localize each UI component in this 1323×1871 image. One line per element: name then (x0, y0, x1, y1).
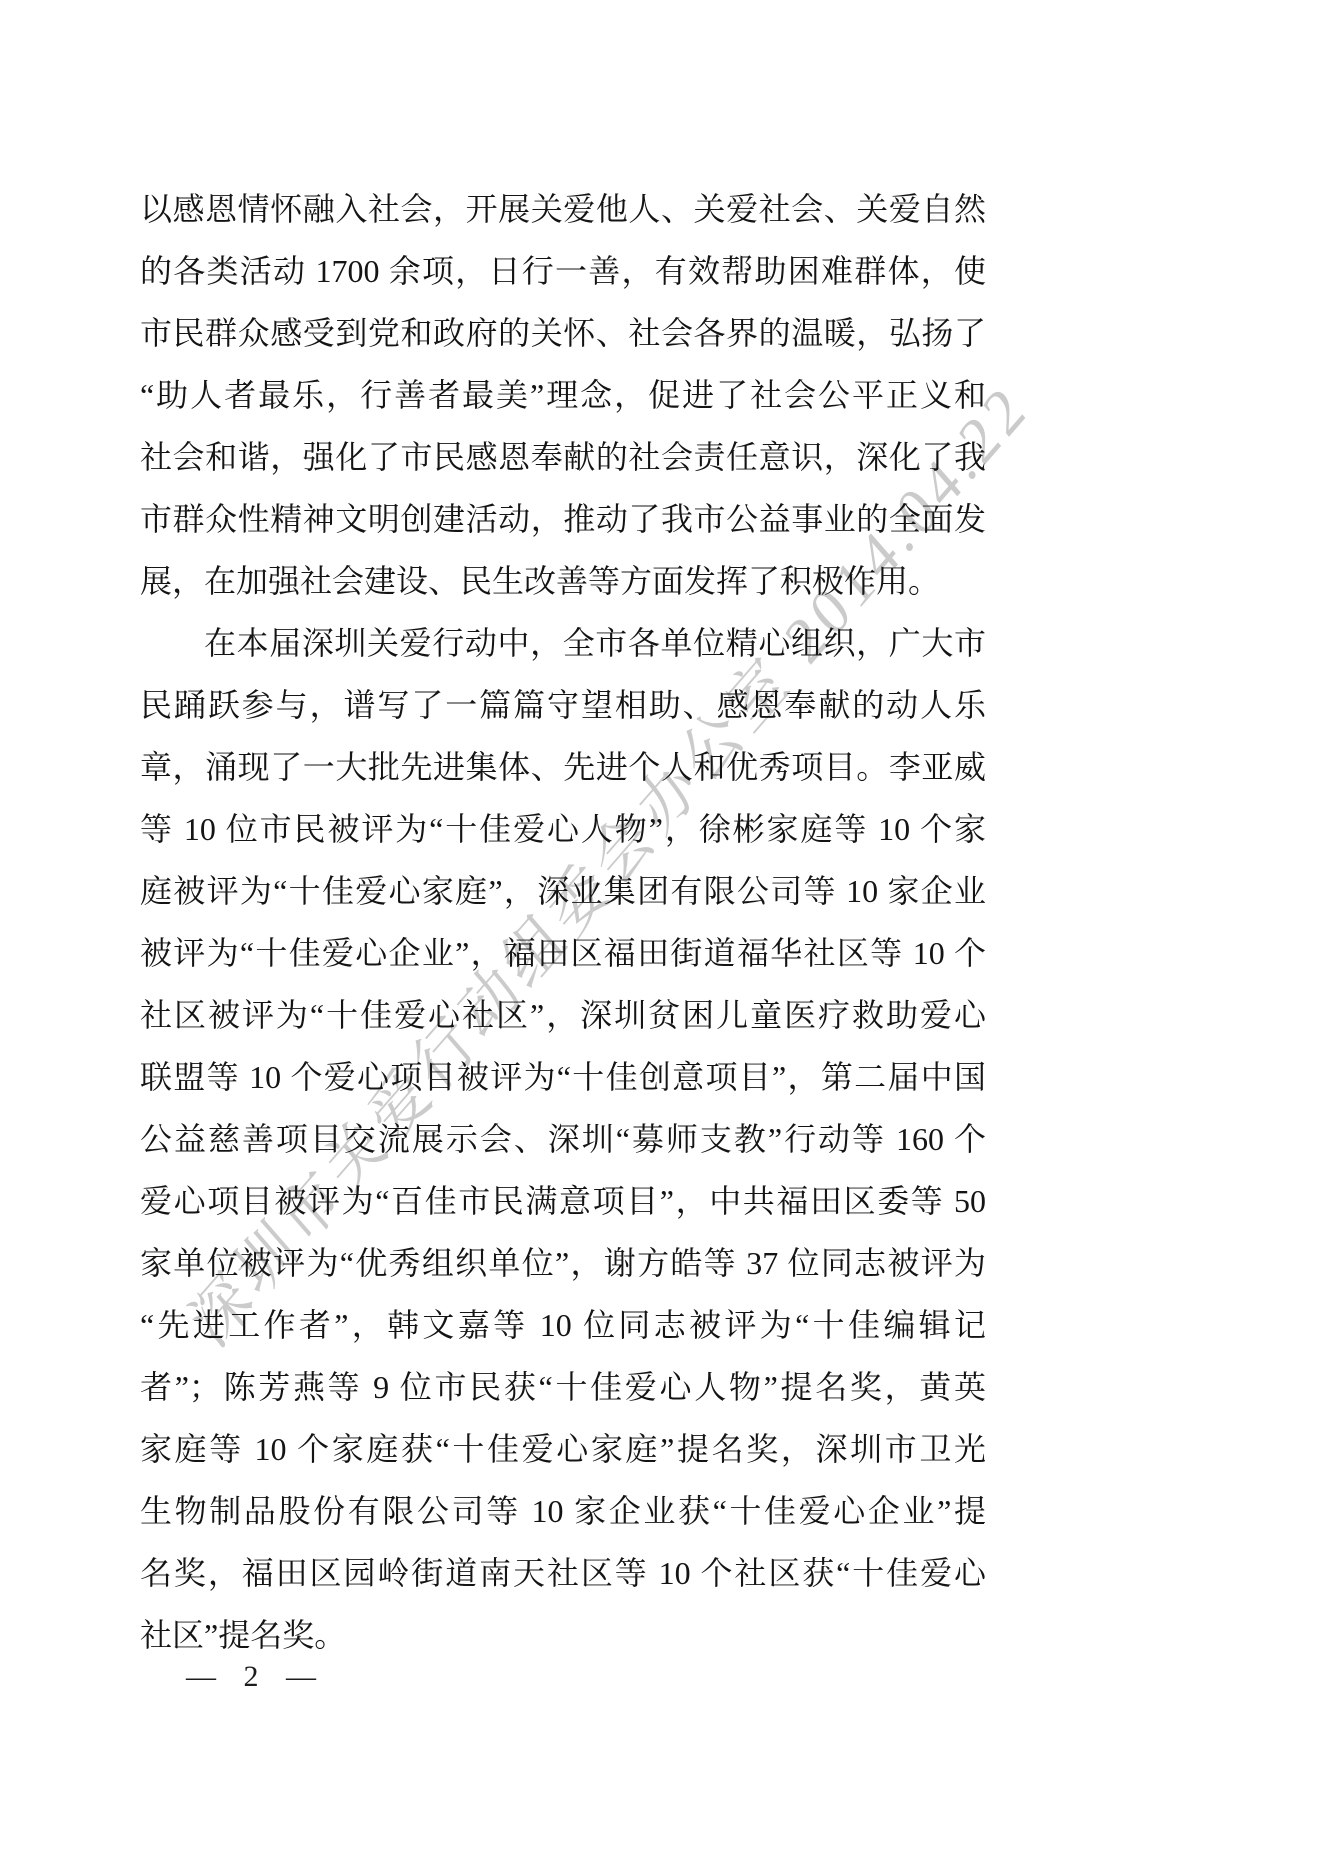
body-text-line: 联盟等 10 个爱心项目被评为“十佳创意项目”，第二届中国 (140, 1046, 986, 1108)
body-text-line: 者”；陈芳燕等 9 位市民获“十佳爱心人物”提名奖，黄英 (140, 1356, 986, 1418)
body-text-line: 以感恩情怀融入社会，开展关爱他人、关爱社会、关爱自然 (140, 178, 986, 240)
body-text-line: 社区被评为“十佳爱心社区”，深圳贫困儿童医疗救助爱心 (140, 984, 986, 1046)
body-text-line: 家庭等 10 个家庭获“十佳爱心家庭”提名奖，深圳市卫光 (140, 1418, 986, 1480)
body-text-line: “先进工作者”，韩文嘉等 10 位同志被评为“十佳编辑记 (140, 1294, 986, 1356)
body-text-line: “助人者最乐，行善者最美”理念，促进了社会公平正义和 (140, 364, 986, 426)
body-text-line: 庭被评为“十佳爱心家庭”，深业集团有限公司等 10 家企业 (140, 860, 986, 922)
body-text-line: 公益慈善项目交流展示会、深圳“募师支教”行动等 160 个 (140, 1108, 986, 1170)
body-text-line: 爱心项目被评为“百佳市民满意项目”，中共福田区委等 50 (140, 1170, 986, 1232)
body-text-line: 市群众性精神文明创建活动，推动了我市公益事业的全面发 (140, 488, 986, 550)
body-text-line: 社区”提名奖。 (140, 1604, 986, 1666)
body-text-line: 社会和谐，强化了市民感恩奉献的社会责任意识，深化了我 (140, 426, 986, 488)
body-text-line: 名奖，福田区园岭街道南天社区等 10 个社区获“十佳爱心 (140, 1542, 986, 1604)
body-text-line: 章，涌现了一大批先进集体、先进个人和优秀项目。李亚威 (140, 736, 986, 798)
body-text-line: 民踊跃参与，谱写了一篇篇守望相助、感恩奉献的动人乐 (140, 674, 986, 736)
body-text-line: 被评为“十佳爱心企业”，福田区福田街道福华社区等 10 个 (140, 922, 986, 984)
body-text-line: 生物制品股份有限公司等 10 家企业获“十佳爱心企业”提 (140, 1480, 986, 1542)
body-text-line: 的各类活动 1700 余项，日行一善，有效帮助困难群体，使 (140, 240, 986, 302)
body-text-line: 市民群众感受到党和政府的关怀、社会各界的温暖，弘扬了 (140, 302, 986, 364)
body-text-line: 展，在加强社会建设、民生改善等方面发挥了积极作用。 (140, 550, 986, 612)
page-number: — 2 — (186, 1660, 326, 1694)
body-text: 以感恩情怀融入社会，开展关爱他人、关爱社会、关爱自然 的各类活动 1700 余项… (140, 178, 986, 1666)
body-text-line: 家单位被评为“优秀组织单位”，谢方皓等 37 位同志被评为 (140, 1232, 986, 1294)
document-page: 深圳市关爱行动组委会办公室 2014.04.22 以感恩情怀融入社会，开展关爱他… (0, 0, 1323, 1871)
body-text-line: 等 10 位市民被评为“十佳爱心人物”，徐彬家庭等 10 个家 (140, 798, 986, 860)
body-text-line: 在本届深圳关爱行动中，全市各单位精心组织，广大市 (140, 612, 986, 674)
